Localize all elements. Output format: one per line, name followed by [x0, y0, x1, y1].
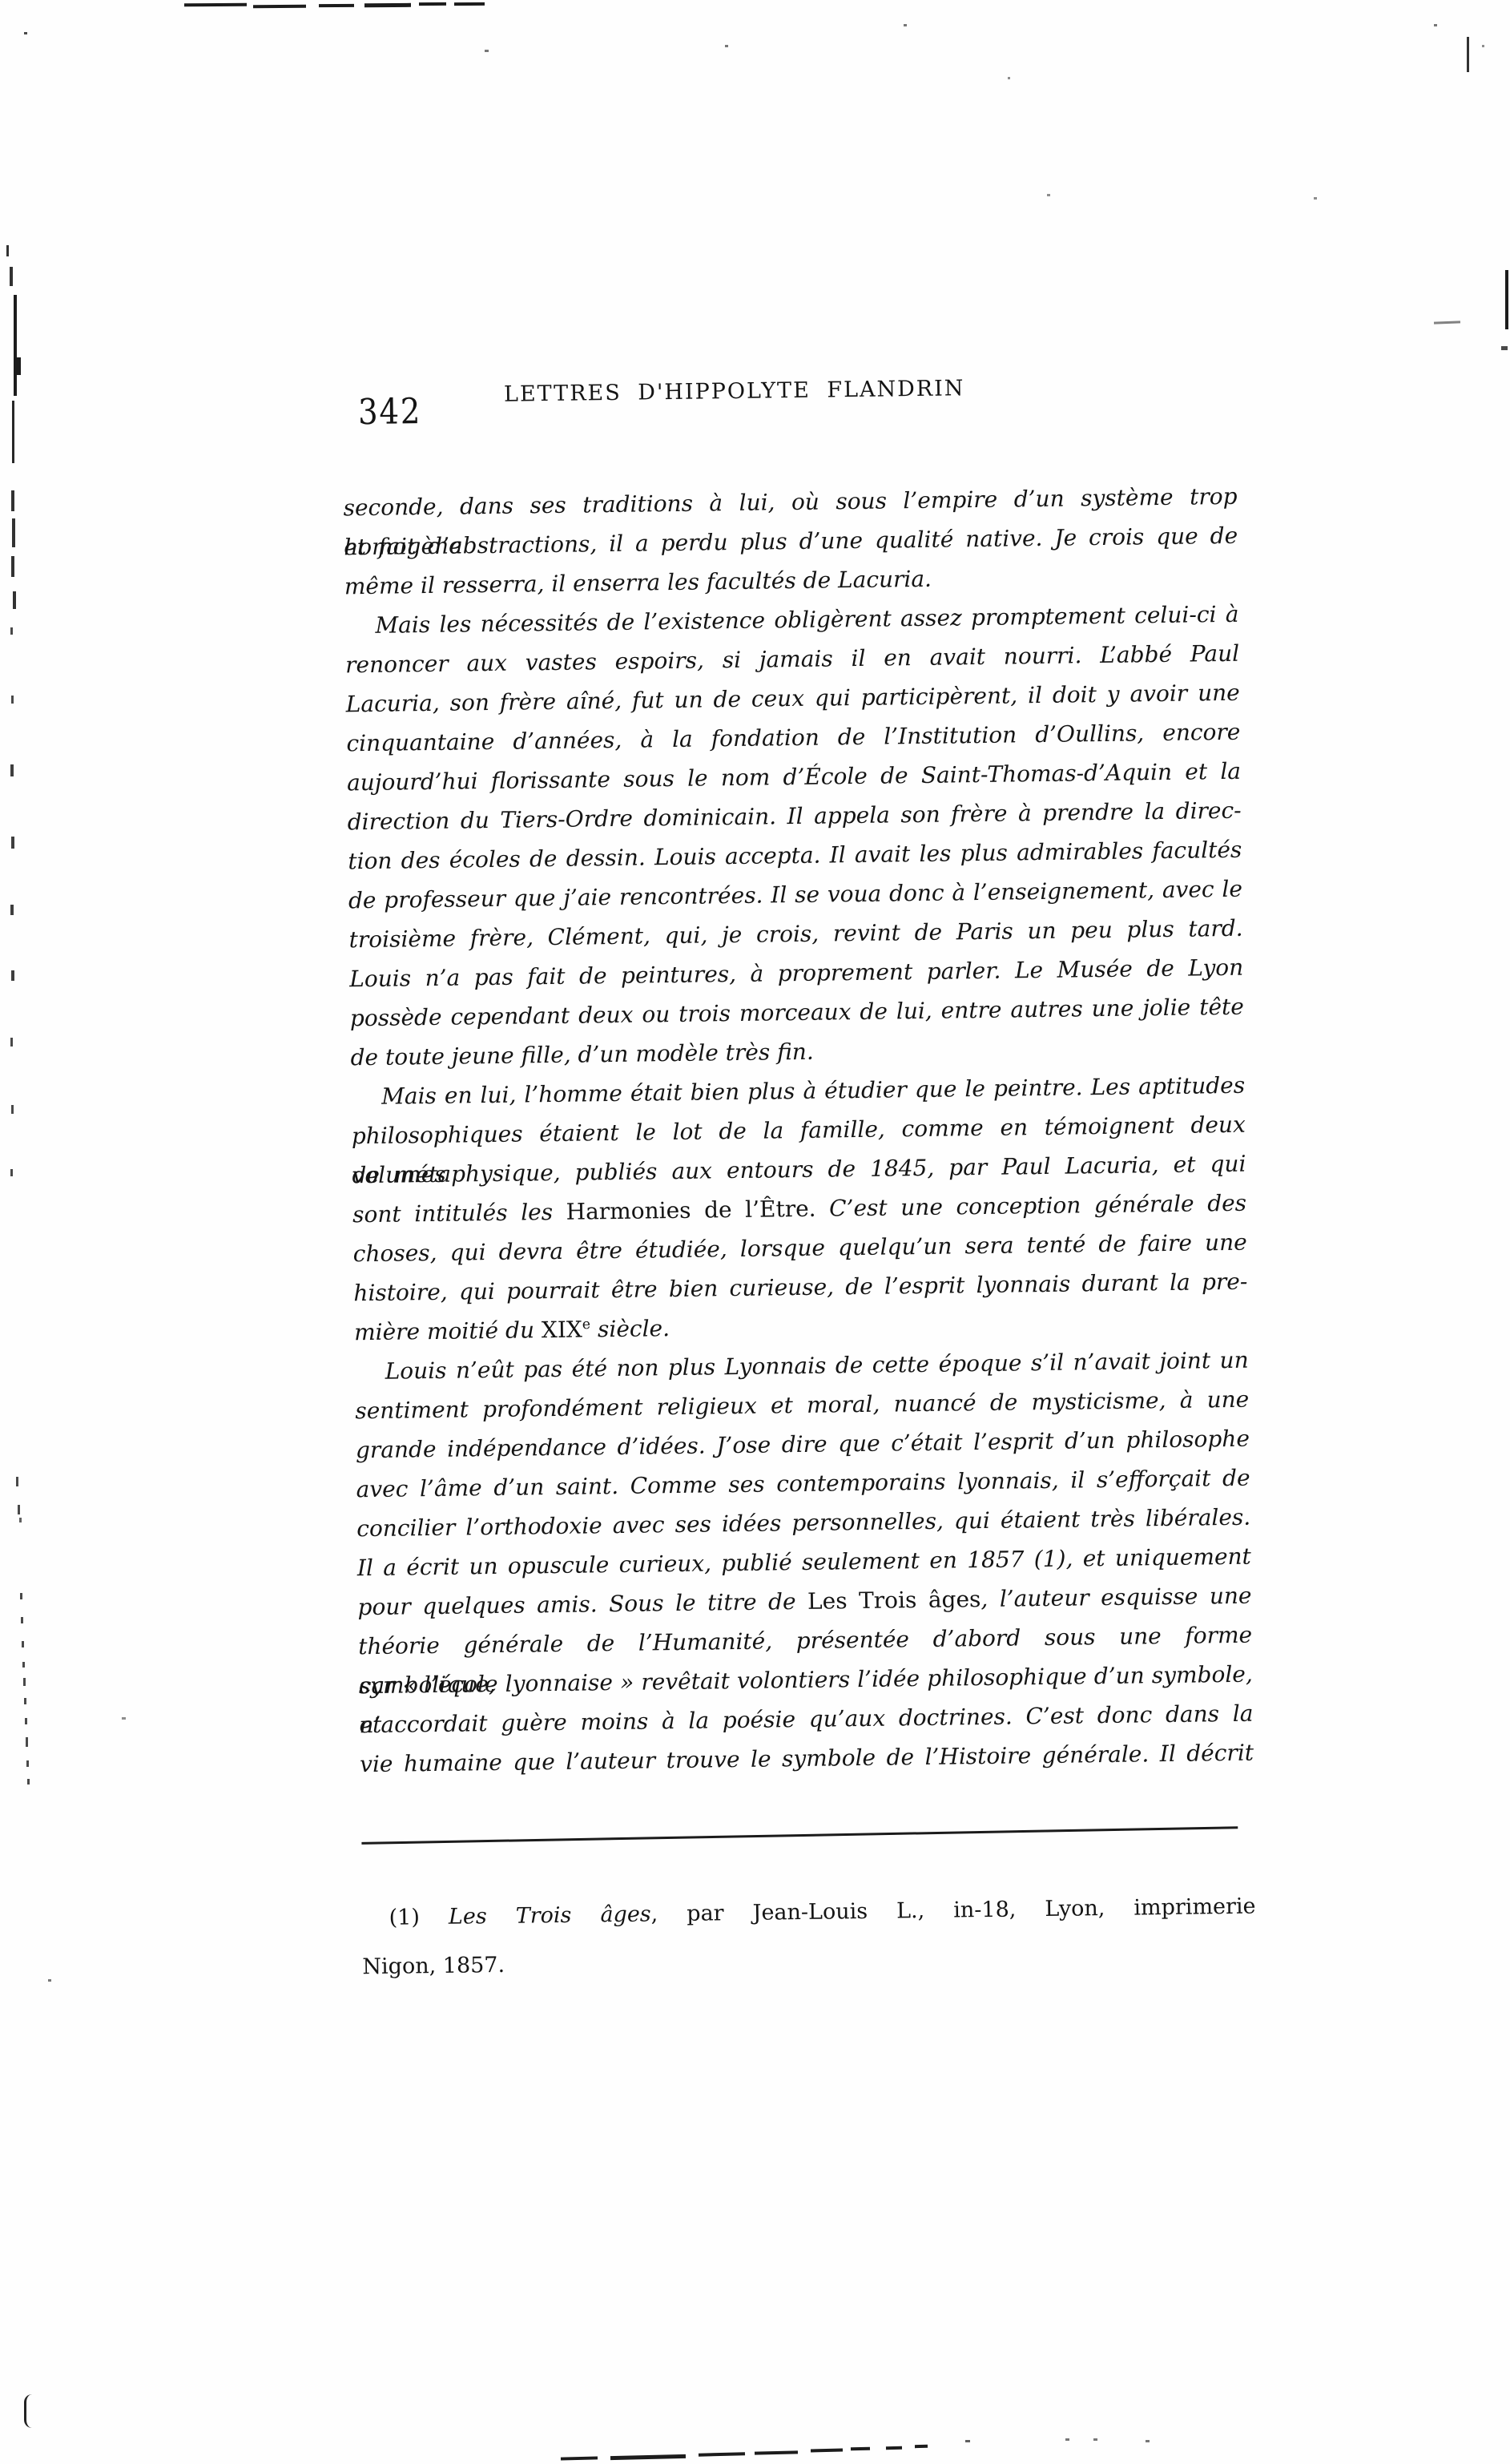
scan-speck: [27, 1779, 30, 1784]
scan-speck: [965, 2440, 970, 2442]
scan-speck: [11, 837, 14, 849]
text-segment: Louis n’a pas fait de peintures, à propr…: [349, 954, 1243, 993]
scan-speck: [886, 2446, 902, 2450]
scan-speck: [1434, 321, 1460, 324]
text-segment: de professeur que j’aie rencontrées. Il …: [348, 876, 1242, 914]
text-segment: aujourd’hui florissante sous le nom d’Éc…: [347, 758, 1241, 796]
scan-speck: [24, 32, 27, 34]
text-segment: pour quelques amis. Sous le titre de: [357, 1588, 807, 1620]
text-segment: , par Jean-Louis L., in-18, Lyon, imprim…: [650, 1894, 1255, 1927]
scan-speck: [485, 50, 489, 52]
text-segment: vie humaine que l’auteur trouve le symbo…: [360, 1740, 1254, 1778]
scan-speck: [184, 3, 247, 7]
text-segment: avec l’âme d’un saint. Comme ses contemp…: [356, 1465, 1250, 1503]
scan-speck: [19, 1518, 22, 1522]
scan-speck: [15, 357, 21, 375]
text-segment: Nigon, 1857.: [362, 1953, 505, 1979]
text-segment: même il resserra, il enserra les faculté…: [344, 566, 932, 600]
scan-speck: [253, 5, 306, 8]
footnote-rule: [361, 1826, 1238, 1845]
scan-speck: [10, 1038, 13, 1046]
scan-speck: [22, 1641, 24, 1647]
scan-speck: [1146, 2440, 1150, 2442]
text-segment: Louis n’eût pas été non plus Lyonnais de…: [385, 1347, 1248, 1385]
scan-speck: [1434, 24, 1437, 26]
text-segment: et fait d’abstractions, il a perdu plus …: [344, 522, 1238, 561]
scan-speck: [904, 24, 907, 26]
page-number: 342: [358, 391, 422, 433]
scan-speck: [11, 490, 14, 511]
text-segment: cinquantaine d’années, à la fondation de…: [346, 719, 1240, 757]
text-segment: , l’auteur esquisse une: [980, 1583, 1251, 1612]
scan-speck: [10, 627, 13, 635]
scan-speck: [6, 245, 9, 256]
scan-speck: [1467, 37, 1469, 72]
scan-speck: [1008, 77, 1010, 79]
text-segment: XIX: [542, 1317, 582, 1344]
text-segment: histoire, qui pourrait être bien curieus…: [353, 1268, 1247, 1307]
scan-speck: [26, 1760, 29, 1767]
scan-speck: [25, 1718, 27, 1724]
scan-speck: [48, 1979, 51, 1982]
scan-speck: [1501, 346, 1508, 350]
scan-speck: [1065, 2438, 1069, 2441]
scanned-page: 342 LETTRES D'HIPPOLYTE FLANDRIN seconde…: [0, 0, 1510, 2464]
scan-speck: [11, 696, 14, 704]
text-segment: C’est une conception générale des: [815, 1190, 1246, 1222]
text-segment: n’accordait guère moins à la poésie qu’a…: [359, 1700, 1253, 1739]
text-segment: siècle.: [590, 1315, 670, 1342]
scan-speck: [699, 2452, 745, 2456]
scan-speck: [811, 2449, 843, 2453]
text-segment: tion des écoles de dessin. Louis accepta…: [348, 837, 1242, 875]
scan-speck: [18, 1505, 20, 1514]
body-text: seconde, dans ses traditions à lui, où s…: [343, 477, 1254, 1784]
scan-speck: [1482, 45, 1484, 47]
text-segment: Les Trois âges: [807, 1586, 981, 1615]
text-segment: Mais en lui, l’homme était bien plus à é…: [381, 1072, 1245, 1110]
text-segment: sont intitulés les: [352, 1199, 566, 1228]
scan-speck: [13, 591, 16, 609]
text-segment: de toute jeune fille, d’un modèle très f…: [350, 1038, 814, 1071]
text-segment: troisième frère, Clément, qui, je crois,…: [348, 915, 1242, 954]
scan-speck: [12, 401, 14, 463]
text-segment: renoncer aux vastes espoirs, si jamais i…: [345, 640, 1239, 679]
page-content: 342 LETTRES D'HIPPOLYTE FLANDRIN seconde…: [342, 369, 1257, 1991]
running-title: LETTRES D'HIPPOLYTE FLANDRIN: [504, 376, 965, 407]
text-segment: mière moitié du: [354, 1317, 542, 1345]
text-segment: Il a écrit un opuscule curieux, publié s…: [357, 1543, 1251, 1582]
text-segment: concilier l’orthodoxie avec ses idées pe…: [356, 1504, 1250, 1543]
text-segment: Lacuria, son frère aîné, fut un de ceux …: [346, 680, 1240, 718]
scan-speck: [20, 1593, 22, 1599]
scan-speck: [725, 45, 728, 47]
text-segment: Harmonies de l’Être.: [566, 1196, 815, 1225]
scan-speck: [1505, 270, 1508, 329]
scan-speck: [21, 1617, 23, 1623]
scan-speck: [16, 1477, 18, 1486]
text-segment: Les Trois âges: [449, 1901, 651, 1929]
text-segment: (1): [389, 1905, 449, 1930]
scan-speck: [11, 1105, 14, 1114]
scan-speck: [851, 2447, 870, 2451]
text-segment: grande indépendance d’idées. J’ose dire …: [356, 1426, 1250, 1464]
scan-speck: [26, 1737, 28, 1747]
scan-speck: [24, 1698, 26, 1704]
scan-speck: [454, 2, 485, 6]
text-segment: e: [582, 1317, 591, 1333]
scan-speck: [122, 1717, 126, 1720]
text-segment: sentiment profondément religieux et mora…: [355, 1386, 1249, 1425]
scan-speck: [12, 518, 15, 547]
text-segment: de métaphysique, publiés aux entours de …: [352, 1151, 1246, 1189]
scan-speck: [23, 1678, 26, 1686]
scan-speck: [10, 764, 14, 776]
scan-artifact-curl: [24, 2394, 38, 2428]
text-segment: direction du Tiers-Ordre dominicain. Il …: [348, 797, 1242, 836]
scan-speck: [1047, 194, 1050, 196]
scan-speck: [1314, 197, 1317, 200]
scan-speck: [915, 2445, 928, 2448]
scan-speck: [11, 970, 14, 981]
text-segment: choses, qui devra être étudiée, lorsque …: [353, 1229, 1247, 1268]
scan-speck: [319, 4, 354, 7]
text-segment: possède cependant deux ou trois morceaux…: [350, 994, 1244, 1032]
scan-speck: [11, 556, 14, 577]
scan-speck: [1093, 2438, 1097, 2441]
scan-speck: [14, 295, 17, 396]
scan-speck: [10, 1169, 13, 1176]
scan-speck: [10, 905, 14, 915]
scan-speck: [419, 2, 446, 6]
scan-speck: [10, 267, 13, 286]
scan-speck: [755, 2450, 798, 2454]
scan-speck: [22, 1662, 25, 1668]
scan-speck: [610, 2454, 686, 2460]
scan-speck: [364, 3, 411, 7]
scan-speck: [561, 2456, 598, 2460]
footnote: (1) Les Trois âges, par Jean-Louis L., i…: [361, 1882, 1257, 1992]
page-header: 342 LETTRES D'HIPPOLYTE FLANDRIN: [342, 369, 1237, 444]
text-segment: Mais les nécessités de l’existence oblig…: [375, 601, 1238, 639]
